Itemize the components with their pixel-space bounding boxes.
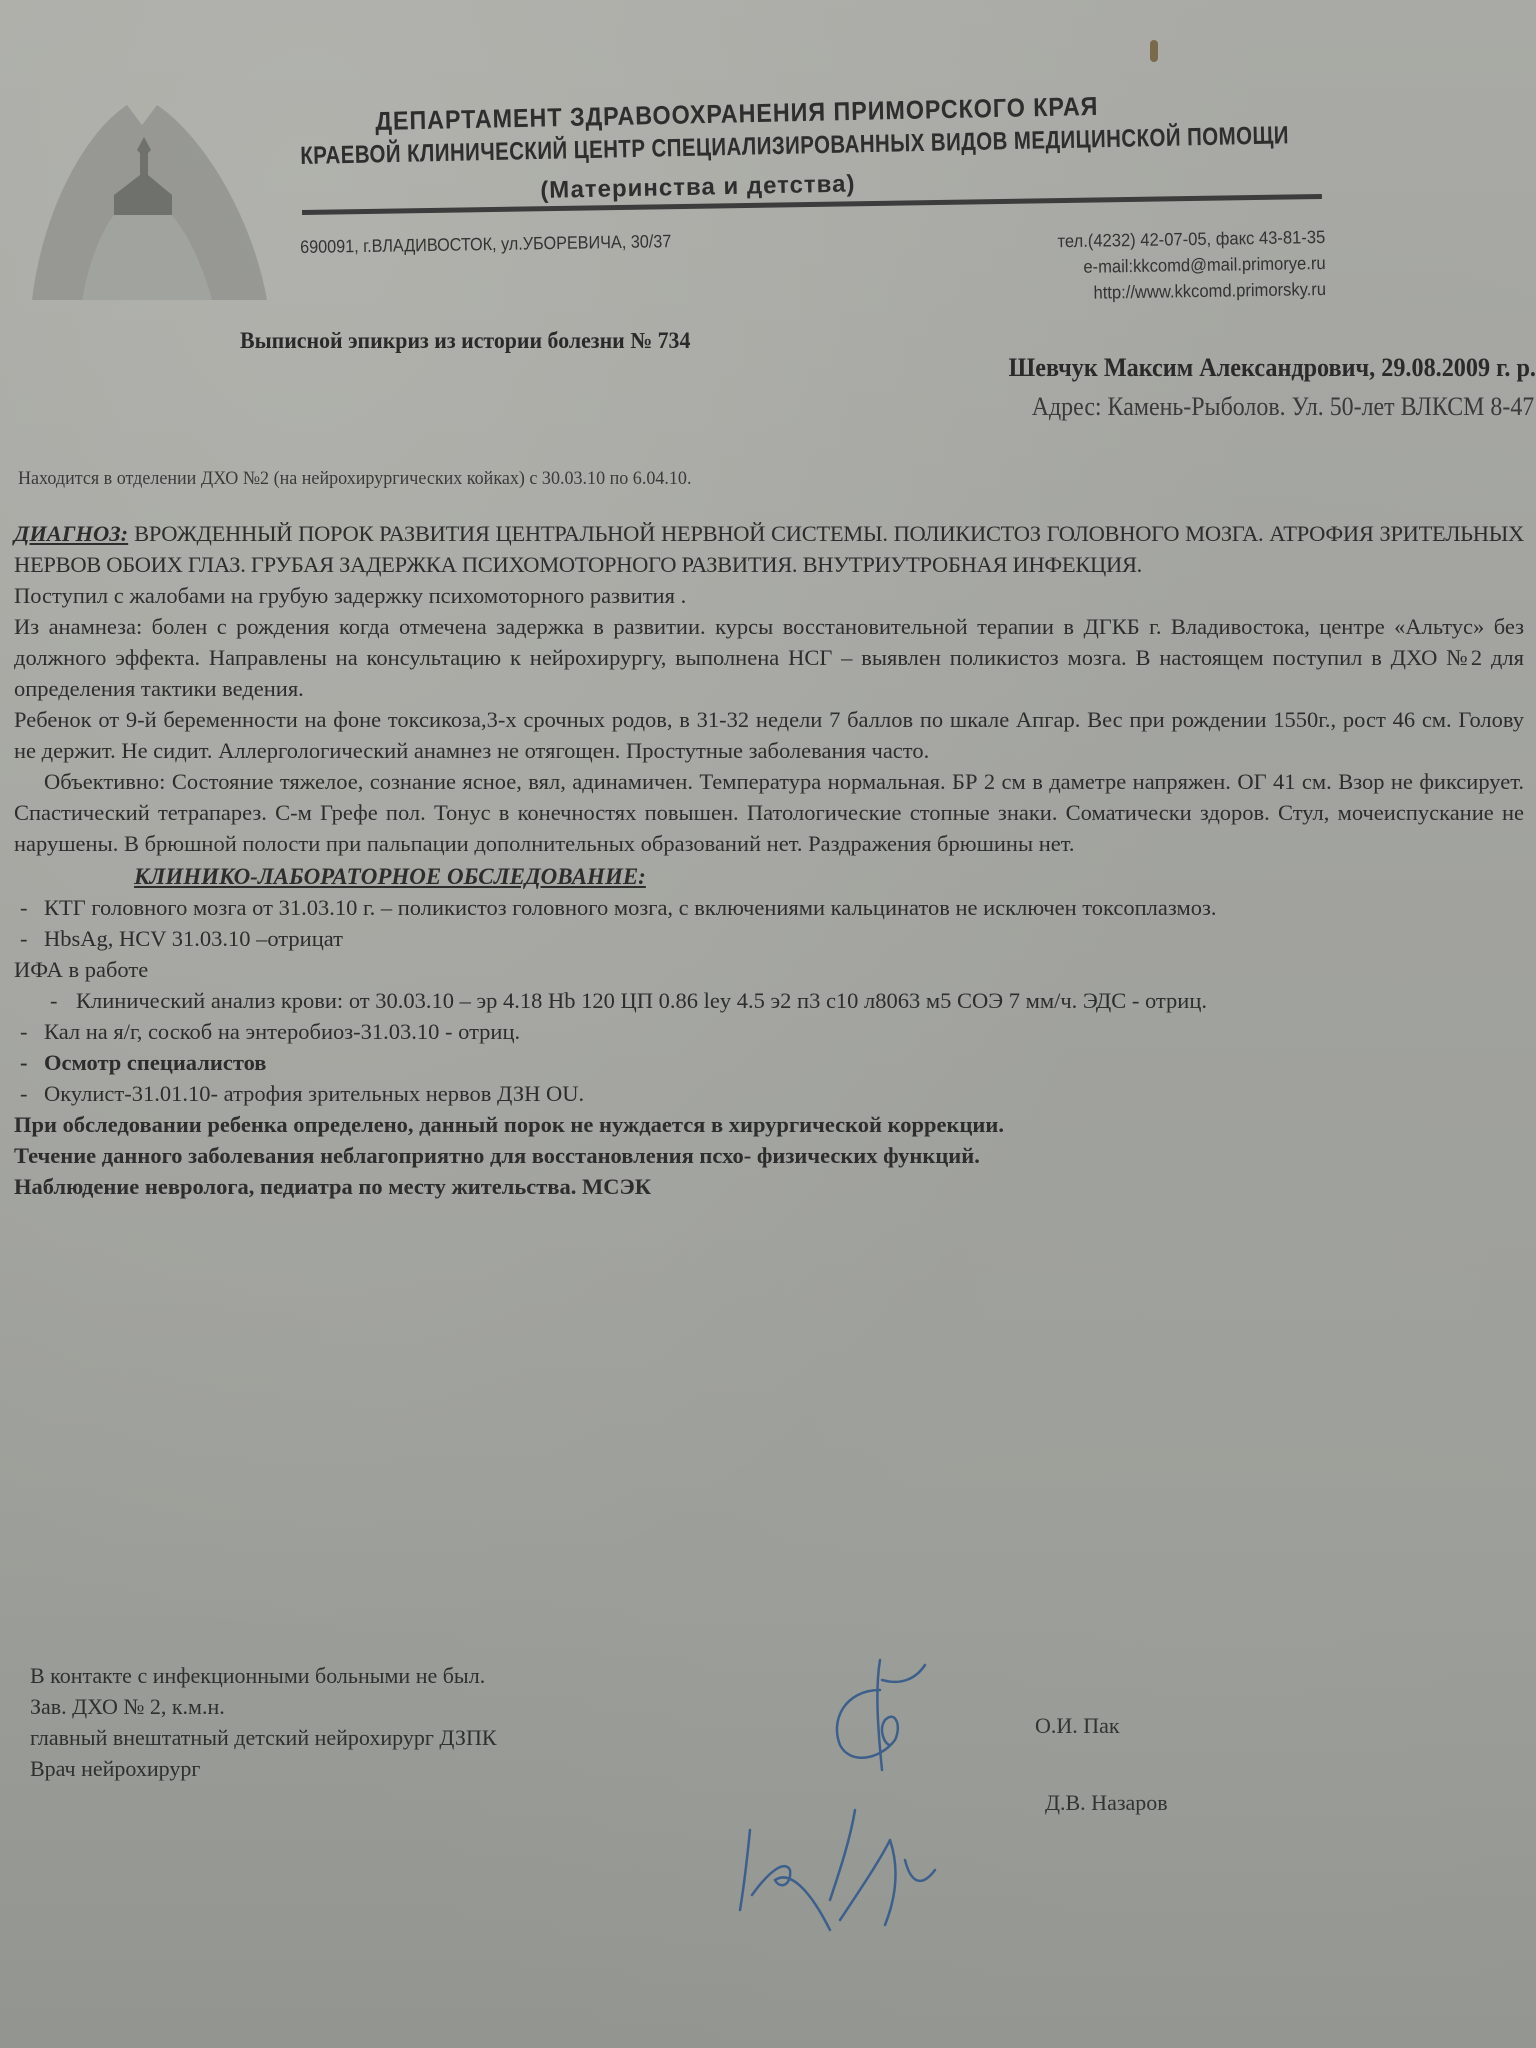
- doctor-title: Врач нейрохирург: [30, 1753, 497, 1784]
- postal-address: 690091, г.ВЛАДИВОСТОК, ул.УБОРЕВИЧА, 30/…: [300, 231, 671, 258]
- diagnosis-label: ДИАГНОЗ:: [14, 521, 128, 546]
- infection-contact: В контакте с инфекционными больными не б…: [30, 1660, 497, 1691]
- document-title: Выписной эпикриз из истории болезни № 73…: [240, 328, 690, 354]
- patient-address: Адрес: Камень-Рыболов. Ул. 50-лет ВЛКСМ …: [1031, 392, 1534, 422]
- head-title: Зав. ДХО № 2, к.м.н.: [30, 1691, 497, 1722]
- anamnesis: Из анамнеза: болен с рождения когда отме…: [14, 611, 1524, 704]
- hospital-stay: Находится в отделении ДХО №2 (на нейрохи…: [18, 468, 691, 490]
- lab-stool: Кал на я/г, соскоб на энтеробиоз-31.03.1…: [14, 1016, 1524, 1047]
- signer-1: О.И. Пак: [1035, 1713, 1120, 1739]
- birth-history: Ребенок от 9-й беременности на фоне токс…: [14, 704, 1524, 766]
- patient-name: Шевчук Максим Александрович, 29.08.2009 …: [1009, 353, 1536, 383]
- diagnosis-text: ВРОЖДЕННЫЙ ПОРОК РАЗВИТИЯ ЦЕНТРАЛЬНОЙ НЕ…: [14, 521, 1524, 577]
- lab-blood: Клинический анализ крови: от 30.03.10 – …: [14, 985, 1524, 1016]
- contacts-block: тел.(4232) 42-07-05, факс 43-81-35 e-mai…: [966, 224, 1326, 308]
- signature-1-icon: [820, 1650, 950, 1780]
- footer-block: В контакте с инфекционными больными не б…: [30, 1660, 497, 1784]
- signature-2-icon: [730, 1800, 1020, 1940]
- cathedral-arch-emblem-icon: [22, 95, 277, 305]
- conclusion-line-2: Течение данного заболевания неблагоприят…: [14, 1140, 1524, 1171]
- center-subtitle: (Материнства и детства): [540, 170, 856, 205]
- labs-heading: КЛИНИКО-ЛАБОРАТОРНОЕ ОБСЛЕДОВАНИЕ:: [134, 861, 1524, 892]
- objective-exam: Объективно: Состояние тяжелое, сознание …: [14, 766, 1524, 859]
- conclusion-line-1: При обследовании ребенка определено, дан…: [14, 1109, 1524, 1140]
- website-link[interactable]: http://www.kkcomd.primorsky.ru: [967, 276, 1326, 308]
- lab-specialists: Осмотр специалистов: [14, 1047, 1524, 1078]
- lab-ct: КТГ головного мозга от 31.03.10 г. – пол…: [14, 892, 1524, 923]
- conclusion-line-3: Наблюдение невролога, педиатра по месту …: [14, 1171, 1524, 1202]
- lab-ifa: ИФА в работе: [14, 954, 1524, 985]
- document-page: ДЕПАРТАМЕНТ ЗДРАВООХРАНЕНИЯ ПРИМОРСКОГО …: [0, 0, 1536, 2048]
- signer-2: Д.В. Назаров: [1045, 1790, 1168, 1816]
- lab-oculist: Окулист-31.01.10- атрофия зрительных нер…: [14, 1078, 1524, 1109]
- document-body: ДИАГНОЗ: ВРОЖДЕННЫЙ ПОРОК РАЗВИТИЯ ЦЕНТР…: [14, 518, 1524, 1202]
- paper-stain: [1150, 40, 1158, 62]
- lab-hbsag: HbsAg, HCV 31.03.10 –отрицат: [14, 923, 1524, 954]
- chief-title: главный внештатный детский нейрохирург Д…: [30, 1722, 497, 1753]
- complaints: Поступил с жалобами на грубую задержку п…: [14, 580, 1524, 611]
- diagnosis: ДИАГНОЗ: ВРОЖДЕННЫЙ ПОРОК РАЗВИТИЯ ЦЕНТР…: [14, 518, 1524, 580]
